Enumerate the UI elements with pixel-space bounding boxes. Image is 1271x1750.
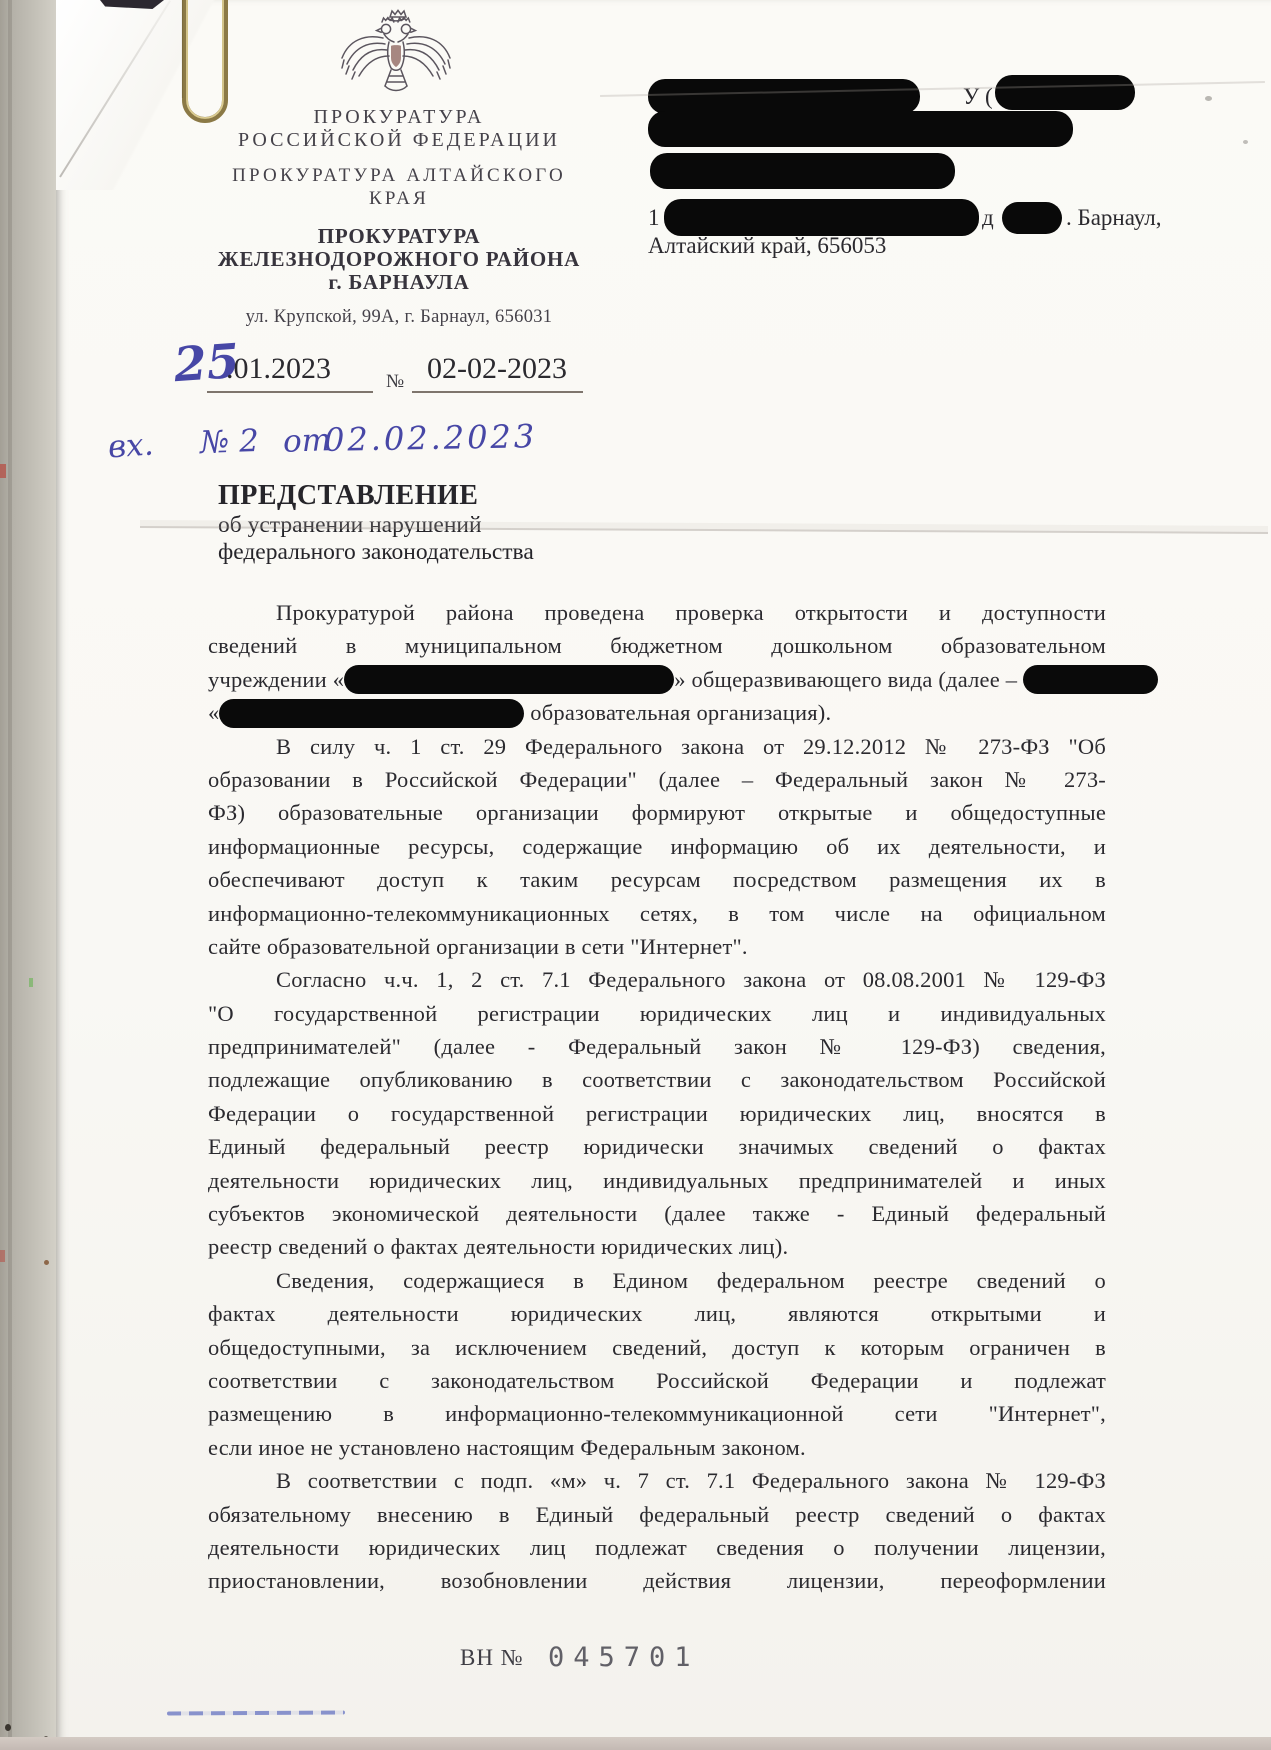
body-line: субъектов экономической деятельности (да… [208, 1197, 1106, 1230]
dust-speck [1205, 96, 1212, 101]
handwritten-reg-note-part: вх. [107, 426, 155, 465]
scan-bottom-edge [0, 1737, 1271, 1750]
body-line: предпринимателей" (далее - Федеральный з… [208, 1030, 1106, 1063]
letterhead: ПРОКУРАТУРА РОССИЙСКОЙ ФЕДЕРАЦИИ ПРОКУРА… [203, 106, 595, 329]
body-line: В соответствии с подп. «м» ч. 7 ст. 7.1 … [208, 1464, 1106, 1497]
scanned-document: ПРОКУРАТУРА РОССИЙСКОЙ ФЕДЕРАЦИИ ПРОКУРА… [0, 0, 1271, 1750]
handwritten-reg-note-part: 02.02.2023 [324, 417, 538, 459]
body-line: подлежащие опубликованию в соответствии … [208, 1063, 1106, 1096]
body-line: « образовательная организация). [208, 696, 1106, 729]
body-line: фактах деятельности юридических лиц, явл… [208, 1297, 1106, 1330]
letterhead-region-line: ПРОКУРАТУРА АЛТАЙСКОГО КРАЯ [203, 164, 595, 210]
redaction-bar [344, 665, 674, 694]
coat-of-arms-eagle-icon [337, 8, 455, 106]
body-line: учреждении «» общеразвивающего вида (дал… [208, 663, 1106, 696]
handwritten-reg-note-part: № 2 [199, 423, 259, 461]
body-line: размещению в информационно-телекоммуника… [208, 1397, 1106, 1430]
letterhead-district-line2: ЖЕЛЕЗНОДОРОЖНОГО РАЙОНА [203, 248, 595, 271]
body-line: Единый федеральный реестр юридически зна… [208, 1130, 1106, 1163]
body-line: образовании в Российской Федерации" (дал… [208, 763, 1106, 796]
body-line: соответствии с законодательством Российс… [208, 1364, 1106, 1397]
letterhead-org-line1: ПРОКУРАТУРА [203, 106, 595, 129]
edge-mark [29, 978, 33, 987]
document-subtitle-line2: федерального законодательства [218, 539, 534, 566]
redaction-bar [648, 111, 1073, 147]
letterhead-district-line1: ПРОКУРАТУРА [203, 225, 595, 248]
body-line: информационные ресурсы, содержащие инфор… [208, 830, 1106, 863]
redaction-bar [995, 75, 1135, 110]
date-underline [207, 391, 373, 393]
dust-speck [5, 1724, 11, 1731]
edge-mark [0, 464, 6, 478]
body-line: сведений в муниципальном бюджетном дошко… [208, 629, 1106, 662]
body-line: сайте образовательной организации в сети… [208, 930, 1106, 963]
letterhead-address: ул. Крупской, 99А, г. Барнаул, 656031 [203, 306, 595, 329]
body-line: В силу ч. 1 ст. 29 Федерального закона о… [208, 730, 1106, 763]
letterhead-city-line: г. БАРНАУЛА [203, 271, 595, 294]
form-number-label: ВН № [460, 1645, 524, 1671]
edge-mark [0, 1250, 5, 1262]
body-line: общедоступными, за исключением сведений,… [208, 1331, 1106, 1364]
body-line: реестр сведений о фактах деятельности юр… [208, 1230, 1106, 1263]
body-line: Федерации о государственной регистрации … [208, 1097, 1106, 1130]
recipient-fragment: 1 [648, 205, 660, 231]
form-number-value: 045701 [548, 1642, 700, 1673]
body-line: если иное не установлено настоящим Федер… [208, 1431, 1106, 1464]
redaction-bar [1002, 202, 1062, 234]
scanner-edge-line [8, 0, 12, 1750]
dust-speck [44, 1260, 49, 1265]
body-line: Согласно ч.ч. 1, 2 ст. 7.1 Федерального … [208, 963, 1106, 996]
redaction-bar [648, 79, 920, 114]
number-underline [412, 391, 583, 393]
body-line: приостановлении, возобновлении действия … [208, 1564, 1106, 1597]
redaction-bar [1023, 665, 1158, 694]
number-sign: № [386, 371, 404, 393]
letterhead-org-line2: РОССИЙСКОЙ ФЕДЕРАЦИИ [203, 129, 595, 152]
body-line: Прокуратурой района проведена проверка о… [208, 596, 1106, 629]
body-line: Сведения, содержащиеся в Едином федераль… [208, 1264, 1106, 1297]
document-title: ПРЕДСТАВЛЕНИЕ [218, 480, 478, 512]
recipient-city: . Барнаул, [1066, 205, 1161, 231]
body-line: деятельности юридических лиц, индивидуал… [208, 1164, 1106, 1197]
body-line: обязательному внесению в Единый федераль… [208, 1498, 1106, 1531]
body-line: "О государственной регистрации юридическ… [208, 997, 1106, 1030]
body-line: обеспечивают доступ к таким ресурсам пос… [208, 863, 1106, 896]
redaction-bar [219, 699, 524, 728]
body-line: ФЗ) образовательные организации формирую… [208, 796, 1106, 829]
recipient-fragment: д [982, 205, 994, 231]
redaction-bar [664, 199, 979, 236]
document-number: 02-02-2023 [427, 352, 567, 386]
body-line: деятельности юридических лиц подлежат св… [208, 1531, 1106, 1564]
body-text: Прокуратурой района проведена проверка о… [208, 596, 1106, 1598]
recipient-region-line: Алтайский край, 656053 [648, 233, 886, 259]
dust-speck [1243, 140, 1248, 144]
document-date: .01.2023 [226, 352, 331, 386]
body-line: информационно-телекоммуникационных сетях… [208, 897, 1106, 930]
redaction-bar [650, 153, 955, 189]
